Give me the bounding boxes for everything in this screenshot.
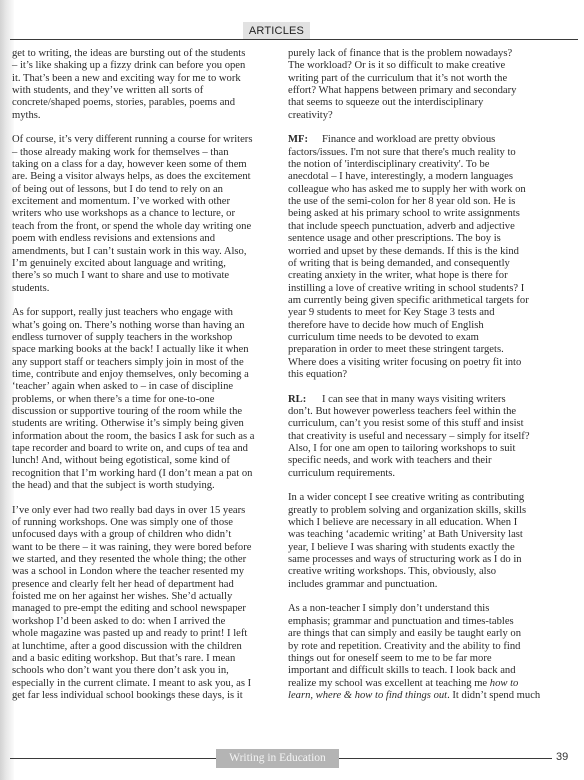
paragraph-line: creating anxiety in the writer, what hop…	[288, 270, 570, 282]
footer-rule-right	[339, 758, 552, 759]
paragraph-line: As a non-teacher I simply don’t understa…	[288, 603, 570, 615]
paragraph-lines: factors/issues. I'm not sure that there'…	[288, 147, 570, 382]
paragraph-line: Of course, it’s very different running a…	[12, 134, 287, 146]
paragraph-line: The workload? Or is it so difficult to m…	[288, 60, 570, 72]
paragraph-line: time, contribute and enjoy themselves, o…	[12, 369, 287, 381]
paragraph-line: of writing that is being demanded, and c…	[288, 258, 570, 270]
paragraph-line: I’m genuinely excited about language and…	[12, 258, 287, 270]
paragraph-line: includes grammar and punctuation.	[288, 579, 570, 591]
paragraph-line: year 9 students to meet for Key Stage 3 …	[288, 307, 570, 319]
paragraph: get to writing, the ideas are bursting o…	[12, 48, 287, 122]
paragraph-line: specific needs, and work with teachers a…	[288, 455, 570, 467]
paragraph-line: learn, where & how to find things out. I…	[288, 690, 570, 702]
paragraph-line: excitement and momentum. I’ve worked wit…	[12, 196, 287, 208]
paragraph-line: emphasis; grammar and punctuation and ti…	[288, 616, 570, 628]
paragraph-line: get to writing, the ideas are bursting o…	[12, 48, 287, 60]
paragraph-line: especially in the current climate. I mea…	[12, 678, 287, 690]
paragraph-line: that creativity is useful and necessary …	[288, 431, 570, 443]
paragraph-line: with students, and they’ve written all s…	[12, 85, 287, 97]
paragraph-line: unfocused days with a group of children …	[12, 529, 287, 541]
section-label: ARTICLES	[243, 22, 310, 39]
paragraph-lines: As a non-teacher I simply don’t understa…	[288, 603, 570, 677]
right-column: purely lack of finance that is the probl…	[288, 48, 570, 715]
paragraph-line: Also, I for one am open to tailoring wor…	[288, 443, 570, 455]
left-column: get to writing, the ideas are bursting o…	[12, 48, 287, 715]
paragraph-line: it. That’s been a new and exciting way f…	[12, 73, 287, 85]
publication-name: Writing in Education	[216, 749, 339, 768]
paragraph-line: ‘teacher’ again when asked to – in case …	[12, 381, 287, 393]
paragraph-line: are. Being a visitor always helps, as do…	[12, 171, 287, 183]
paragraph-line: was a school in London where the teacher…	[12, 566, 287, 578]
paragraph-line: there’s so much I want to share and use …	[12, 270, 287, 282]
paragraph-line: at lunchtime, after a good discussion wi…	[12, 641, 287, 653]
paragraph-line: that include speech punctuation, adverb …	[288, 221, 570, 233]
speaker-label: MF:	[288, 134, 322, 146]
paragraph-line: I’ve only ever had two really bad days i…	[12, 505, 287, 517]
paragraph-line: – it’s like shaking up a fizzy drink can…	[12, 60, 287, 72]
paragraph-line: don’t. But however powerless teachers fe…	[288, 406, 570, 418]
paragraph-line: by rote and repetition. Creativity and t…	[288, 641, 570, 653]
paragraph-line: want to be there – it was raining, they …	[12, 542, 287, 554]
paragraph-line: purely lack of finance that is the probl…	[288, 48, 570, 60]
paragraph-first-line: MF:Finance and workload are pretty obvio…	[288, 134, 570, 146]
paragraph-line: the notion of 'interdisciplinary creativ…	[288, 159, 570, 171]
paragraph-line: taking on a class for a day, however kee…	[12, 159, 287, 171]
paragraph-line: problems, or when there’s a time for one…	[12, 394, 287, 406]
paragraph-line: As for support, really just teachers who…	[12, 307, 287, 319]
paragraph-line: are things that can simply and easily be…	[288, 628, 570, 640]
paragraph-line: information about the room, the basics I…	[12, 431, 287, 443]
page-number: 39	[556, 751, 568, 763]
paragraph-line: students.	[12, 283, 287, 295]
footer-rule-left	[10, 758, 216, 759]
paragraph-line: we started, and they resented the whole …	[12, 554, 287, 566]
paragraph-line: schools who don’t want you there don’t a…	[12, 665, 287, 677]
italic-text: how to	[490, 678, 519, 689]
paragraph-line: creative writing workshops. This, obviou…	[288, 566, 570, 578]
paragraph-line: recognition that I’m working hard (I don…	[12, 468, 287, 480]
paragraph: Of course, it’s very different running a…	[12, 134, 287, 294]
paragraph-line: worried and upset by these demands. If t…	[288, 246, 570, 258]
paragraph-line: this equation?	[288, 369, 570, 381]
italic-text: learn, where & how to find things out	[288, 690, 447, 701]
paragraph-line: what’s going on. There’s nothing worse t…	[12, 320, 287, 332]
paragraph-line: poem with endless revisions and extensio…	[12, 233, 287, 245]
paragraph-line: of being out of lessons, but I do tend t…	[12, 184, 287, 196]
paragraph-line: – those already making work for themselv…	[12, 147, 287, 159]
paragraph-line: and a basic editing workshop. But that’s…	[12, 653, 287, 665]
paragraph-line: amendments, but I can’t sustain work in …	[12, 246, 287, 258]
paragraph-line: greatly to problem solving and organizat…	[288, 505, 570, 517]
paragraph-line: concrete/shaped poems, stories, parables…	[12, 97, 287, 109]
paragraph-line: creativity?	[288, 110, 570, 122]
paragraph-line: factors/issues. I'm not sure that there'…	[288, 147, 570, 159]
paragraph: purely lack of finance that is the probl…	[288, 48, 570, 122]
paragraph-line: being asked at his primary school to wri…	[288, 208, 570, 220]
paragraph-line: curriculum requirements.	[288, 468, 570, 480]
paragraph-line: managed to pre-empt the editing and scho…	[12, 603, 287, 615]
paragraph-line: writing part of the curriculum that it’s…	[288, 73, 570, 85]
paragraph-line: get far less individual school bookings …	[12, 690, 287, 702]
paragraph-line: realize my school was excellent at teach…	[288, 678, 570, 690]
paragraph-line: teach from the front, or spend the whole…	[12, 221, 287, 233]
line-text: . It didn’t spend much	[447, 690, 540, 701]
paragraph-line: endless turnover of supply teachers in t…	[12, 332, 287, 344]
paragraph-line: instilling a love of creative writing in…	[288, 283, 570, 295]
paragraph-line: discussion or supportive touring of the …	[12, 406, 287, 418]
paragraph-line: tape recorder and board to write on, and…	[12, 443, 287, 455]
paragraph-line: was teaching ‘academic writing’ at Bath …	[288, 529, 570, 541]
interview-response-rl: RL:I can see that in many ways visiting …	[288, 394, 570, 480]
paragraph-line: whole magazine was pasted up and ready t…	[12, 628, 287, 640]
paragraph-line: preparation in order to meet these strin…	[288, 344, 570, 356]
speaker-label: RL:	[288, 394, 322, 406]
line-text: realize my school was excellent at teach…	[288, 678, 490, 689]
first-line-text: I can see that in many ways visiting wri…	[322, 394, 506, 405]
paragraph: As for support, really just teachers who…	[12, 307, 287, 492]
paragraph-line: In a wider concept I see creative writin…	[288, 492, 570, 504]
paragraph-line: that seems to squeeze out the interdisci…	[288, 97, 570, 109]
paragraph: As a non-teacher I simply don’t understa…	[288, 603, 570, 702]
paragraph-line: lunch! And, without being egotistical, s…	[12, 455, 287, 467]
paragraph-line: writers who use workshops as a chance to…	[12, 208, 287, 220]
first-line-text: Finance and workload are pretty obvious	[322, 134, 495, 145]
paragraph-line: colleague who has asked me to supply her…	[288, 184, 570, 196]
paragraph-line: curriculum time needs to be devoted to e…	[288, 332, 570, 344]
paragraph-line: year, I believe I was sharing with stude…	[288, 542, 570, 554]
paragraph-line: of running workshops. One was simply one…	[12, 517, 287, 529]
paragraph-line: anecdotal – I have, interestingly, a mod…	[288, 171, 570, 183]
paragraph-line: workshop I’d been asked to do: when I ar…	[12, 616, 287, 628]
paragraph-line: am currently being given specific arithm…	[288, 295, 570, 307]
interview-response-mf: MF:Finance and workload are pretty obvio…	[288, 134, 570, 381]
paragraph-line: any support staff or teachers simply joi…	[12, 357, 287, 369]
paragraph-line: Where does a visiting writer focusing on…	[288, 357, 570, 369]
paragraph-line: curriculum, can’t you resist some of thi…	[288, 418, 570, 430]
paragraph-line: effort? What happens between primary and…	[288, 85, 570, 97]
paragraph-line: the head) and that the subject is worth …	[12, 480, 287, 492]
paragraph-line: important and difficult skills to teach.…	[288, 665, 570, 677]
paragraph: I’ve only ever had two really bad days i…	[12, 505, 287, 703]
paragraph-lines: don’t. But however powerless teachers fe…	[288, 406, 570, 480]
header-rule	[10, 39, 578, 40]
paragraph-line: same processes and ways of structuring w…	[288, 554, 570, 566]
paragraph-line: which I believe are necessary in all edu…	[288, 517, 570, 529]
paragraph-line: therefore have to decide how much of Eng…	[288, 320, 570, 332]
paragraph-line: space marking books at the back! I actua…	[12, 344, 287, 356]
paragraph-line: the use of the semi-colon for her 8 year…	[288, 196, 570, 208]
paragraph-line: presence and clearly felt her head of de…	[12, 579, 287, 591]
paragraph-line: foisted me on her against her wishes. Sh…	[12, 591, 287, 603]
paragraph-line: students are writing. Otherwise it’s sim…	[12, 418, 287, 430]
paragraph-line: sentence usage and other prescriptions. …	[288, 233, 570, 245]
paragraph-line: things out for oneself seem to me to be …	[288, 653, 570, 665]
paragraph-line: myths.	[12, 110, 287, 122]
paragraph: In a wider concept I see creative writin…	[288, 492, 570, 591]
paragraph-first-line: RL:I can see that in many ways visiting …	[288, 394, 570, 406]
